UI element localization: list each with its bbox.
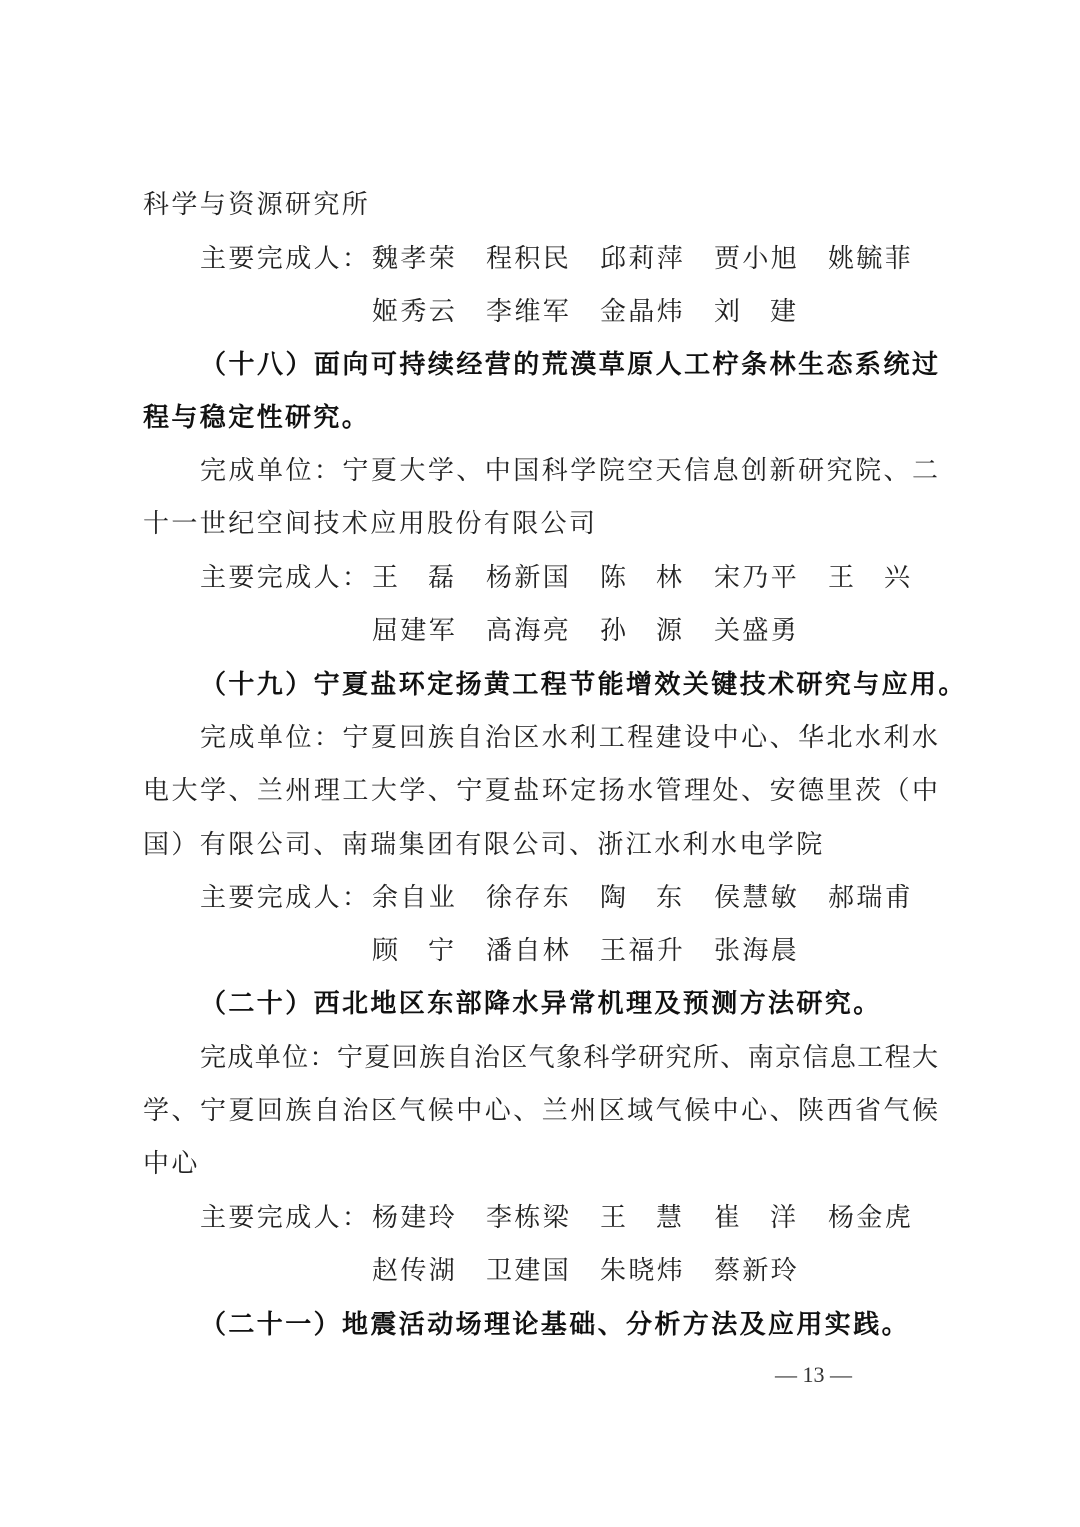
person-name: 李维军	[486, 292, 600, 332]
section-20-units-continued-2: 中心	[143, 1144, 943, 1184]
person-name: 魏孝荣	[372, 239, 486, 279]
section-19-people-row: 主要完成人： 余自业 徐存东 陶东 侯慧敏 郝瑞甫	[200, 878, 942, 918]
person-name: 陶东	[600, 878, 714, 918]
person-name: 李栋梁	[486, 1198, 600, 1238]
person-name: 朱晓炜	[600, 1251, 714, 1291]
section-18-title-continued: 程与稳定性研究。	[143, 398, 943, 438]
section-19-people-row-continued: 顾宁 潘自林 王福升 张海晨	[372, 931, 828, 971]
person-name: 王磊	[372, 558, 486, 598]
person-name: 杨金虎	[828, 1198, 942, 1238]
section-18-people-row-continued: 屈建军 高海亮 孙源 关盛勇	[372, 611, 828, 651]
person-name: 余自业	[372, 878, 486, 918]
section-18-people-row: 主要完成人： 王磊 杨新国 陈林 宋乃平 王兴	[200, 558, 942, 598]
person-name: 郝瑞甫	[828, 878, 942, 918]
person-name: 杨新国	[486, 558, 600, 598]
section-20-people-row-continued: 赵传湖 卫建国 朱晓炜 蔡新玲	[372, 1251, 828, 1291]
section-18-units-continued: 十一世纪空间技术应用股份有限公司	[143, 504, 943, 544]
person-name: 关盛勇	[714, 611, 828, 651]
section-20-title: （二十）西北地区东部降水异常机理及预测方法研究。	[200, 984, 1000, 1024]
person-name: 张海晨	[714, 931, 828, 971]
section-20-units: 完成单位：宁夏回族自治区气象科学研究所、南京信息工程大	[200, 1038, 938, 1078]
people-label: 主要完成人：	[200, 878, 372, 918]
continued-unit-text: 科学与资源研究所	[143, 185, 943, 225]
people-row: 主要完成人： 魏孝荣 程积民 邱莉萍 贾小旭 姚毓菲	[200, 239, 942, 279]
person-name: 王慧	[600, 1198, 714, 1238]
person-name: 贾小旭	[714, 239, 828, 279]
section-19-units-continued: 电大学、兰州理工大学、宁夏盐环定扬水管理处、安德里茨（中	[143, 771, 938, 811]
person-name: 姬秀云	[372, 292, 486, 332]
person-name: 邱莉萍	[600, 239, 714, 279]
section-19-title: （十九）宁夏盐环定扬黄工程节能增效关键技术研究与应用。	[200, 665, 1000, 705]
people-label: 主要完成人：	[200, 239, 372, 279]
person-name: 蔡新玲	[714, 1251, 828, 1291]
section-19-units-continued-2: 国）有限公司、南瑞集团有限公司、浙江水利水电学院	[143, 825, 943, 865]
person-name: 崔洋	[714, 1198, 828, 1238]
person-name: 王福升	[600, 931, 714, 971]
people-row-continued: 姬秀云 李维军 金晶炜 刘建	[372, 292, 828, 332]
section-20-people-row: 主要完成人： 杨建玲 李栋梁 王慧 崔洋 杨金虎	[200, 1198, 942, 1238]
person-name: 金晶炜	[600, 292, 714, 332]
section-18-units: 完成单位：宁夏大学、中国科学院空天信息创新研究院、二	[200, 451, 938, 491]
person-name: 屈建军	[372, 611, 486, 651]
document-page: 科学与资源研究所 主要完成人： 魏孝荣 程积民 邱莉萍 贾小旭 姚毓菲 姬秀云 …	[0, 0, 1080, 1527]
section-18-title: （十八）面向可持续经营的荒漠草原人工柠条林生态系统过	[200, 345, 938, 385]
section-21-title: （二十一）地震活动场理论基础、分析方法及应用实践。	[200, 1305, 1000, 1345]
person-name: 高海亮	[486, 611, 600, 651]
person-name: 侯慧敏	[714, 878, 828, 918]
person-name: 杨建玲	[372, 1198, 486, 1238]
person-name: 宋乃平	[714, 558, 828, 598]
person-name: 赵传湖	[372, 1251, 486, 1291]
person-name: 顾宁	[372, 931, 486, 971]
person-name: 孙源	[600, 611, 714, 651]
person-name: 卫建国	[486, 1251, 600, 1291]
person-name: 刘建	[714, 292, 828, 332]
people-label: 主要完成人：	[200, 1198, 372, 1238]
page-number: — 13 —	[775, 1358, 852, 1392]
section-20-units-continued: 学、宁夏回族自治区气候中心、兰州区域气候中心、陕西省气候	[143, 1091, 938, 1131]
person-name: 程积民	[486, 239, 600, 279]
person-name: 姚毓菲	[828, 239, 942, 279]
person-name: 陈林	[600, 558, 714, 598]
person-name: 潘自林	[486, 931, 600, 971]
section-19-units: 完成单位：宁夏回族自治区水利工程建设中心、华北水利水	[200, 718, 938, 758]
person-name: 王兴	[828, 558, 942, 598]
people-label: 主要完成人：	[200, 558, 372, 598]
person-name: 徐存东	[486, 878, 600, 918]
